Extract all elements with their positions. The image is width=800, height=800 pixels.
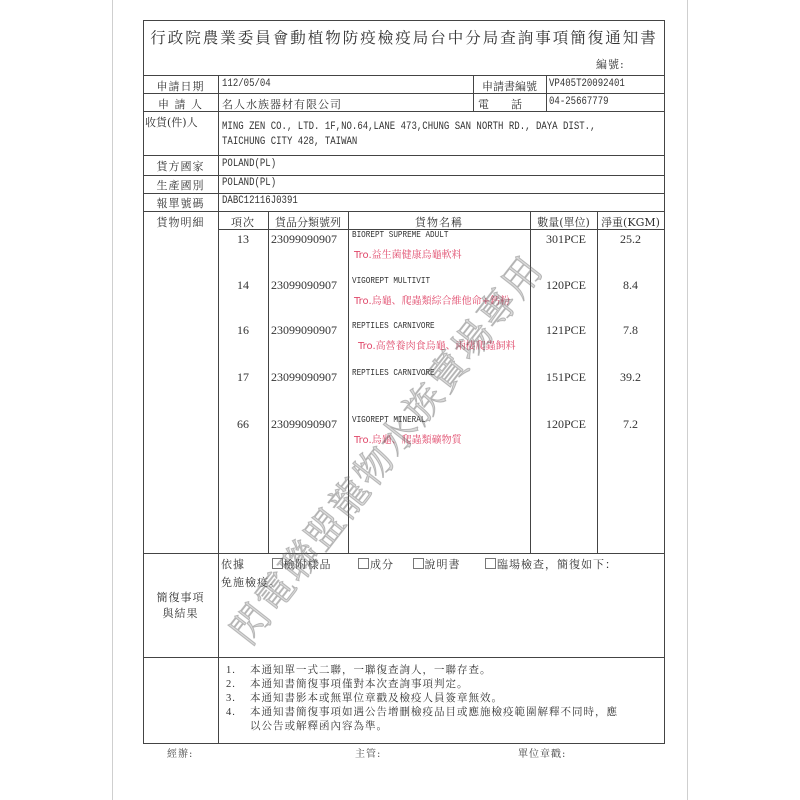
item-chinese-note: Tro.烏龜、爬蟲類礦物質 (354, 431, 462, 446)
col-header-goods-name: 貨物名稱 (348, 214, 530, 230)
reply-basis-row: 依據 檢附樣品 成分 說明書 臨場檢查，簡復如下： (221, 556, 617, 572)
col-header-net-weight: 淨重(KGM) (597, 214, 664, 230)
note-4: 4.本通知書簡復事項如遇公告增刪檢疫品目或應施檢疫範圍解釋不同時，應 (226, 704, 618, 719)
item-quantity: 121PCE (546, 323, 586, 338)
item-quantity: 301PCE (546, 232, 586, 247)
note-1: 1.本通知單一式二聯，一聯復查詢人，一聯存查。 (226, 662, 492, 677)
basis-label: 依據 (221, 558, 245, 571)
application-date-label: 申請日期 (143, 78, 218, 94)
phone-label: 電 話 (478, 96, 544, 112)
reply-result: 免施檢疫。 (221, 574, 281, 590)
note-3: 3.本通知書影本或無單位章戳及檢疫人員簽章無效。 (226, 690, 503, 705)
note-4-continued: 以公告或解釋函內容為準。 (226, 718, 388, 733)
shipping-country-value: POLAND(PL) (222, 158, 276, 170)
option-manual[interactable]: 說明書 (413, 558, 461, 571)
reply-section-label: 簡復事項 與結果 (143, 590, 218, 622)
handler-label: 經辦: (167, 745, 193, 760)
col-header-item-no: 項次 (218, 214, 268, 230)
application-no-value: VP405T20092401 (549, 78, 625, 90)
item-number: 66 (218, 417, 268, 432)
page-edge-left (112, 0, 113, 800)
item-number: 17 (218, 370, 268, 385)
option-onsite-inspection[interactable]: 臨場檢查，簡復如下： (485, 558, 617, 571)
item-net-weight: 39.2 (597, 370, 664, 385)
goods-section-label: 貨物明細 (143, 214, 218, 230)
item-net-weight: 8.4 (597, 278, 664, 293)
item-number: 14 (218, 278, 268, 293)
reply-section-label-line2: 與結果 (143, 606, 218, 622)
checkbox-manual[interactable] (413, 558, 424, 569)
item-hs-code: 23099090907 (271, 417, 337, 432)
reply-section-label-line1: 簡復事項 (143, 590, 218, 606)
item-net-weight: 25.2 (597, 232, 664, 247)
unit-stamp-label: 單位章戳: (518, 745, 566, 760)
item-goods-name: VIGOREPT MULTIVIT (352, 276, 430, 286)
application-date-value: 112/05/04 (222, 78, 271, 90)
item-chinese-note: Tro.益生菌健康烏龜軟料 (354, 246, 462, 261)
item-net-weight: 7.8 (597, 323, 664, 338)
consignee-label: 收貨(件)人 (145, 114, 198, 130)
item-quantity: 120PCE (546, 278, 586, 293)
applicant-label: 申 請 人 (143, 96, 218, 112)
supervisor-label: 主管: (355, 745, 381, 760)
item-quantity: 120PCE (546, 417, 586, 432)
shipping-country-label: 貨方國家 (143, 158, 218, 174)
origin-country-label: 生產國別 (143, 177, 218, 193)
document-title: 行政院農業委員會動植物防疫檢疫局台中分局查詢事項簡復通知書 (143, 26, 665, 48)
item-number: 16 (218, 323, 268, 338)
item-number: 13 (218, 232, 268, 247)
serial-label: 編號: (596, 56, 625, 72)
checkbox-sample[interactable] (272, 558, 283, 569)
item-goods-name: BIOREPT SUPREME ADULT (352, 230, 448, 240)
declaration-no-value: DABC12116J0391 (222, 195, 298, 207)
col-header-quantity: 數量(單位) (530, 214, 597, 230)
consignee-address-line1: MING ZEN CO., LTD. 1F,NO.64,LANE 473,CHU… (222, 121, 595, 133)
phone-value: 04-25667779 (549, 96, 609, 108)
option-sample[interactable]: 檢附樣品 (272, 558, 332, 571)
item-quantity: 151PCE (546, 370, 586, 385)
item-hs-code: 23099090907 (271, 232, 337, 247)
checkbox-onsite-inspection[interactable] (485, 558, 496, 569)
item-goods-name: REPTILES CARNIVORE (352, 321, 435, 331)
applicant-value: 名人水族器材有限公司 (222, 96, 342, 112)
note-2: 2.本通知書簡復事項僅對本次查詢事項判定。 (226, 676, 469, 691)
col-header-hs-code: 貨品分類號列 (268, 214, 348, 230)
item-hs-code: 23099090907 (271, 278, 337, 293)
item-goods-name: VIGOREPT MINERAL (352, 415, 425, 425)
item-chinese-note: Tro.高營養肉食烏龜、兩棲爬蟲飼料 (358, 337, 516, 352)
application-no-label: 申請書編號 (473, 78, 546, 94)
option-ingredients[interactable]: 成分 (358, 558, 394, 571)
item-hs-code: 23099090907 (271, 323, 337, 338)
item-hs-code: 23099090907 (271, 370, 337, 385)
checkbox-ingredients[interactable] (358, 558, 369, 569)
item-net-weight: 7.2 (597, 417, 664, 432)
consignee-address-line2: TAICHUNG CITY 428, TAIWAN (222, 136, 357, 148)
item-goods-name: REPTILES CARNIVORE (352, 368, 435, 378)
origin-country-value: POLAND(PL) (222, 177, 276, 189)
declaration-no-label: 報單號碼 (143, 195, 218, 211)
page-edge-right (687, 0, 688, 800)
item-chinese-note: Tro.烏龜、爬蟲類綜合維他命+鈣粉 (354, 292, 510, 307)
